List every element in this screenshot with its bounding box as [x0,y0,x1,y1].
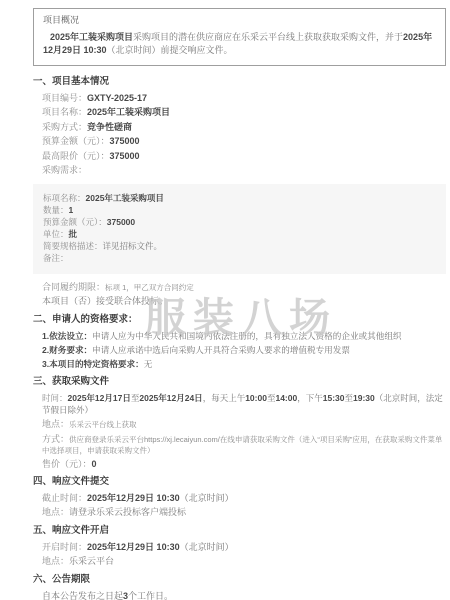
field-value: GXTY-2025-17 [87,93,147,103]
lot-value: 375000 [107,217,135,227]
lot-quantity: 数量：1 [43,205,436,217]
obtain-method-label: 方式： [42,434,69,444]
overview-title: 项目概况 [43,14,436,26]
obtain-place-line: 地点：乐采云平台线上获取 [42,419,446,430]
open-time-value: 2025年12月29日 10:30（北京时间） [87,542,234,552]
field-value: 2025年工装采购项目 [87,107,170,117]
lot-value: 1 [69,205,74,215]
lot-label: 数量： [43,205,69,215]
section-obtain-docs-heading: 三、获取采购文件 [33,376,446,388]
field-value: 375000 [110,151,140,161]
field-label: 项目编号： [42,93,87,103]
contract-period-label: 合同履约期限： [42,282,105,292]
open-time-line: 开启时间：2025年12月29日 10:30（北京时间） [42,542,446,553]
lot-label: 备注： [43,253,69,263]
section-basic-info-heading: 一、项目基本情况 [33,76,446,88]
obtain-method-value: 供应商登录乐采云平台https://xj.lecaiyun.com/在线申请获取… [42,435,442,455]
open-time-label: 开启时间： [42,542,87,552]
lot-spec: 简要规格描述：详见招标文件。 [43,241,436,253]
field-value: 竞争性磋商 [87,122,132,132]
lot-label: 标项名称： [43,193,86,203]
section-open-heading: 五、响应文件开启 [33,525,446,537]
lot-budget: 预算金额（元）：375000 [43,217,436,229]
open-place-label: 地点： [42,556,69,566]
doc-price-value: 0 [92,459,97,469]
field-value: 375000 [110,136,140,146]
field-label: 预算金额（元）： [42,136,110,146]
field-label: 项目名称： [42,107,87,117]
open-place-line: 地点：乐采云平台 [42,556,446,567]
project-overview-box: 项目概况 2025年工装采购项目采购项目的潜在供应商应在乐采云平台线上获取获取采… [33,8,446,66]
joint-bid-text: 本项目（否）接受联合体投标。 [42,296,168,306]
lot-info-box: 标项名称：2025年工装采购项目 数量：1 预算金额（元）：375000 单位：… [33,184,446,273]
lot-name: 标项名称：2025年工装采购项目 [43,193,436,205]
contract-period-value: 标项 1，甲乙双方合同约定 [105,283,194,292]
lot-value: 2025年工装采购项目 [86,193,164,203]
field-label: 最高限价（元）： [42,151,110,161]
field-label: 采购方式： [42,122,87,132]
contract-period-line: 合同履约期限：标项 1，甲乙双方合同约定 [42,282,446,293]
section-submit-heading: 四、响应文件提交 [33,476,446,488]
procurement-notice-page: 项目概况 2025年工装采购项目采购项目的潜在供应商应在乐采云平台线上获取获取采… [0,0,450,600]
notice-period-line: 自本公告发布之日起3个工作日。 [42,591,446,600]
submit-place-label: 地点： [42,507,69,517]
section-notice-period-heading: 六、公告期限 [33,574,446,586]
obtain-place-label: 地点： [42,419,69,429]
submit-place-line: 地点：请登录乐采云投标客户端投标 [42,507,446,518]
field-project-name: 项目名称：2025年工装采购项目 [42,107,446,118]
field-procurement-demand: 采购需求： [42,165,446,176]
lot-unit: 单位：批 [43,229,436,241]
obtain-time-line: 时间：2025年12月17日至2025年12月24日，每天上午10:00至14:… [42,393,446,416]
lot-value: 批 [69,229,78,239]
submit-deadline-line: 截止时间：2025年12月29日 10:30（北京时间） [42,493,446,504]
obtain-method-line: 方式：供应商登录乐采云平台https://xj.lecaiyun.com/在线申… [42,434,446,456]
obtain-place-value: 乐采云平台线上获取 [69,420,137,429]
field-procurement-method: 采购方式：竞争性磋商 [42,122,446,133]
submit-place-value: 请登录乐采云投标客户端投标 [69,507,186,517]
field-label: 采购需求： [42,165,87,175]
submit-deadline-label: 截止时间： [42,493,87,503]
lot-label: 预算金额（元）： [43,217,107,227]
section-qualification-heading: 二、申请人的资格要求： [33,314,446,326]
qualification-item-1: 1.依法设立：申请人应为中华人民共和国境内依法注册的，具有独立法人资格的企业或其… [42,331,446,342]
lot-label: 单位： [43,229,69,239]
doc-price-line: 售价（元）：0 [42,459,446,470]
lot-remark: 备注： [43,253,436,265]
obtain-time-value: 2025年12月17日至2025年12月24日，每天上午10:00至14:00，… [42,393,443,414]
qualification-item-3: 3.本项目的特定资格要求：无 [42,359,446,370]
submit-deadline-value: 2025年12月29日 10:30（北京时间） [87,493,234,503]
field-project-number: 项目编号：GXTY-2025-17 [42,93,446,104]
field-budget-amount: 预算金额（元）：375000 [42,136,446,147]
doc-price-label: 售价（元）： [42,459,92,469]
lot-label: 简要规格描述： [43,241,103,251]
joint-bid-line: 本项目（否）接受联合体投标。 [42,296,446,307]
field-max-price: 最高限价（元）：375000 [42,151,446,162]
qualification-item-2: 2.财务要求：申请人应承诺中选后向采购人开具符合采购人要求的增值税专用发票 [42,345,446,356]
overview-paragraph: 2025年工装采购项目采购项目的潜在供应商应在乐采云平台线上获取获取采购文件，并… [43,31,436,57]
obtain-time-label: 时间： [42,393,68,403]
open-place-value: 乐采云平台 [69,556,114,566]
lot-value: 详见招标文件。 [103,241,163,251]
